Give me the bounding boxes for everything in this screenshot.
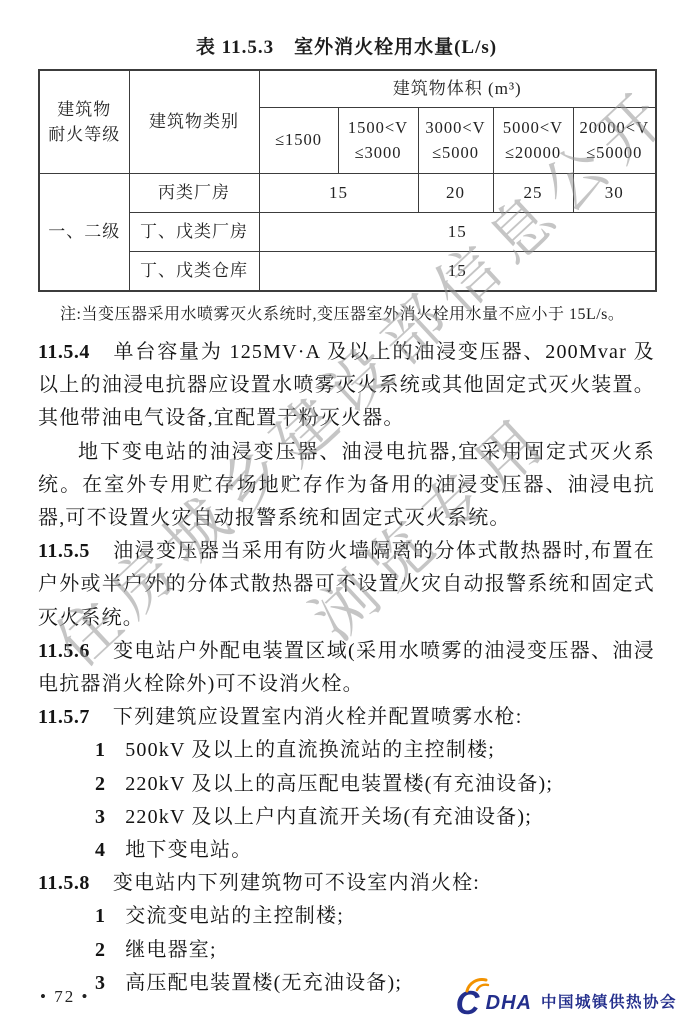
item-number: 1 (95, 739, 106, 761)
item-number: 2 (95, 773, 106, 795)
section-text: 变电站内下列建筑物可不设室内消火栓: (113, 872, 480, 894)
header-range-3: 3000<V ≤5000 (418, 108, 493, 174)
logo-flame-arcs-icon (465, 977, 491, 993)
header-volume-group: 建筑物体积 (m³) (259, 70, 656, 108)
item-text: 500kV 及以上的直流换流站的主控制楼; (125, 739, 495, 761)
header-fire-rating: 建筑物 耐火等级 (39, 70, 129, 174)
list-item-11-5-7-3: 3220kV 及以上户内直流开关场(有充油设备); (38, 801, 655, 834)
item-text: 高压配电装置楼(无充油设备); (125, 972, 402, 994)
document-page: 表 11.5.3 室外消火栓用水量(L/s) 建筑物 耐火等级 建筑物类别 建筑… (0, 0, 693, 1029)
list-item-11-5-8-2: 2继电器室; (38, 934, 655, 967)
section-number: 11.5.5 (38, 540, 90, 562)
header-fire-rating-line2: 耐火等级 (42, 122, 127, 148)
cell-value: 15 (259, 174, 418, 213)
logo-text-dha: DHA (486, 993, 532, 1015)
section-text: 下列建筑应设置室内消火栓并配置喷雾水枪: (113, 706, 523, 728)
item-number: 3 (95, 972, 106, 994)
header-range-4: 5000<V ≤20000 (493, 108, 573, 174)
section-11-5-5: 11.5.5油浸变压器当采用有防火墙隔离的分体式散热器时,布置在户外或半户外的分… (38, 535, 655, 635)
section-number: 11.5.7 (38, 706, 90, 728)
item-text: 220kV 及以上的高压配电装置楼(有充油设备); (125, 773, 553, 795)
cell-category: 丁、戊类厂房 (129, 213, 259, 252)
list-item-11-5-8-1: 1交流变电站的主控制楼; (38, 900, 655, 933)
table-row: 丁、戊类厂房 15 (39, 213, 656, 252)
section-text: 地下变电站的油浸变压器、油浸电抗器,宜采用固定式灭火系统。在室外专用贮存场地贮存… (38, 441, 655, 529)
cell-value: 15 (259, 252, 656, 292)
item-text: 交流变电站的主控制楼; (125, 905, 344, 927)
fire-hydrant-water-table: 建筑物 耐火等级 建筑物类别 建筑物体积 (m³) ≤1500 1500<V ≤… (38, 69, 657, 292)
cell-category: 丙类厂房 (129, 174, 259, 213)
list-item-11-5-7-1: 1500kV 及以上的直流换流站的主控制楼; (38, 734, 655, 767)
cell-category: 丁、戊类仓库 (129, 252, 259, 292)
item-text: 地下变电站。 (125, 839, 252, 861)
cdha-logo: C DHA 中国城镇供热协会 (456, 979, 677, 1015)
header-range-1: ≤1500 (259, 108, 338, 174)
section-text: 油浸变压器当采用有防火墙隔离的分体式散热器时,布置在户外或半户外的分体式散热器可… (38, 540, 655, 628)
header-category: 建筑物类别 (129, 70, 259, 174)
section-11-5-4: 11.5.4单台容量为 125MV·A 及以上的油浸变压器、200Mvar 及以… (38, 336, 655, 436)
section-11-5-8: 11.5.8变电站内下列建筑物可不设室内消火栓: (38, 867, 655, 900)
cdha-logo-mark: C (456, 979, 490, 1015)
table-note: 注:当变压器采用水喷雾灭火系统时,变压器室外消火栓用水量不应小于 15L/s。 (38, 301, 655, 324)
body-text: 11.5.4单台容量为 125MV·A 及以上的油浸变压器、200Mvar 及以… (38, 336, 655, 1000)
table-title: 表 11.5.3 室外消火栓用水量(L/s) (38, 32, 655, 59)
section-number: 11.5.8 (38, 872, 90, 894)
page-number: • 72 • (40, 987, 89, 1007)
section-11-5-4-continuation: 地下变电站的油浸变压器、油浸电抗器,宜采用固定式灭火系统。在室外专用贮存场地贮存… (38, 436, 655, 536)
section-text: 单台容量为 125MV·A 及以上的油浸变压器、200Mvar 及以上的油浸电抗… (38, 341, 655, 429)
cell-value: 30 (573, 174, 656, 213)
item-text: 220kV 及以上户内直流开关场(有充油设备); (125, 806, 532, 828)
section-number: 11.5.4 (38, 341, 90, 363)
table-row: 一、二级 丙类厂房 15 20 25 30 (39, 174, 656, 213)
table-row: 丁、戊类仓库 15 (39, 252, 656, 292)
cell-fire-rating-value: 一、二级 (39, 174, 129, 292)
item-number: 4 (95, 839, 106, 861)
item-text: 继电器室; (125, 939, 217, 961)
item-number: 3 (95, 806, 106, 828)
item-number: 2 (95, 939, 106, 961)
logo-text-chinese: 中国城镇供热协会 (541, 990, 677, 1015)
cell-value: 20 (418, 174, 493, 213)
header-fire-rating-line1: 建筑物 (42, 97, 127, 123)
section-11-5-6: 11.5.6变电站户外配电装置区域(采用水喷雾的油浸变压器、油浸电抗器消火栓除外… (38, 635, 655, 701)
header-range-2: 1500<V ≤3000 (338, 108, 418, 174)
cell-value: 15 (259, 213, 656, 252)
section-11-5-7: 11.5.7下列建筑应设置室内消火栓并配置喷雾水枪: (38, 701, 655, 734)
section-number: 11.5.6 (38, 640, 90, 662)
header-range-5: 20000<V ≤50000 (573, 108, 656, 174)
item-number: 1 (95, 905, 106, 927)
cell-value: 25 (493, 174, 573, 213)
section-text: 变电站户外配电装置区域(采用水喷雾的油浸变压器、油浸电抗器消火栓除外)可不设消火… (38, 640, 655, 695)
list-item-11-5-7-4: 4地下变电站。 (38, 834, 655, 867)
list-item-11-5-7-2: 2220kV 及以上的高压配电装置楼(有充油设备); (38, 768, 655, 801)
